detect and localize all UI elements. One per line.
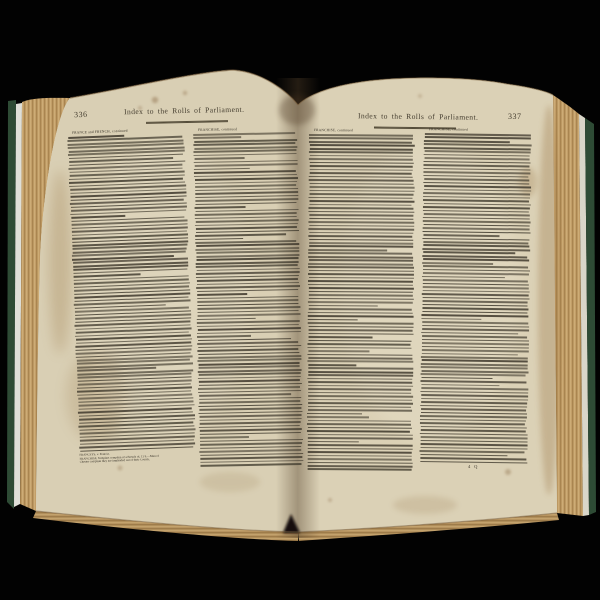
text-line: [197, 289, 298, 293]
text-line: [309, 287, 415, 289]
text-line: [309, 228, 415, 230]
text-line: [308, 357, 412, 359]
text-line: [309, 172, 412, 174]
text-line: [310, 148, 413, 150]
text-line: [309, 214, 413, 216]
text-line: [422, 297, 529, 300]
text-line: [421, 373, 526, 376]
text-line: [308, 336, 372, 338]
text-line: [424, 189, 532, 192]
text-line: [195, 238, 243, 241]
text-line: [307, 416, 369, 418]
text-line: [307, 430, 410, 432]
text-line: [308, 347, 411, 349]
text-line: [309, 245, 413, 247]
text-line: [422, 286, 529, 289]
text-line: [308, 322, 414, 324]
text-line: [424, 164, 530, 167]
text-line: [308, 392, 411, 394]
text-line: [308, 434, 414, 436]
text-line: [308, 273, 413, 275]
text-line: [308, 360, 413, 362]
text-line: [424, 154, 530, 157]
text-line: [308, 315, 414, 317]
gutter-top-crease: [279, 95, 315, 125]
text-line: [201, 463, 302, 467]
text-line: [195, 206, 245, 209]
text-line: [422, 314, 529, 317]
text-line: [422, 332, 518, 335]
text-line: [423, 272, 530, 275]
text-line: [424, 203, 531, 206]
text-line: [421, 370, 528, 373]
text-line: [424, 185, 531, 188]
text-line: [309, 137, 413, 139]
text-line: [195, 202, 297, 206]
text-line: [422, 342, 528, 345]
text-line: [423, 265, 528, 268]
text-line: [308, 385, 413, 387]
text-line: [420, 391, 528, 394]
text-line: [420, 454, 507, 457]
text-line: [308, 427, 412, 429]
text-line: [308, 252, 412, 254]
text-line: [422, 248, 530, 251]
text-line: [424, 178, 529, 181]
text-line: [424, 224, 530, 227]
text-line: [309, 207, 413, 209]
running-head-right: Index to the Rolls of Parliament.: [358, 111, 478, 121]
text-line: [308, 441, 358, 443]
text-line: [194, 168, 250, 171]
text-line: [422, 328, 530, 331]
text-line: [423, 217, 530, 220]
text-line: [423, 196, 530, 199]
text-line: [194, 163, 297, 167]
text-line: [420, 433, 528, 436]
text-line: [309, 193, 413, 195]
text-line: [420, 419, 525, 422]
text-line: [421, 412, 527, 415]
text-line: [424, 136, 530, 139]
text-line: [308, 381, 412, 383]
text-line: [309, 183, 414, 185]
text-line: [420, 447, 527, 450]
page-number-left: 336: [74, 110, 88, 119]
text-line: [420, 422, 525, 425]
text-line: [308, 395, 414, 397]
text-line: [422, 262, 493, 265]
page-number-right: 337: [508, 112, 522, 121]
text-line: [422, 279, 527, 282]
text-line: [308, 399, 413, 401]
text-line: [309, 165, 413, 167]
text-line: [308, 371, 413, 373]
text-line: [424, 140, 509, 143]
text-line: [421, 429, 526, 432]
text-line: [309, 218, 414, 220]
text-line: [308, 409, 412, 411]
text-line: [308, 468, 412, 470]
text-line: [420, 450, 525, 453]
text-line: [422, 346, 528, 349]
text-line: [309, 197, 413, 199]
text-line: [308, 294, 413, 296]
text-line: [308, 448, 413, 450]
column-heading: FRANCHISE, continued: [314, 128, 415, 133]
text-line: [309, 225, 414, 227]
text-line: [309, 298, 415, 300]
text-line: [422, 276, 505, 279]
text-line: [421, 377, 492, 380]
text-line: [197, 313, 300, 317]
text-line: [309, 200, 415, 202]
text-line: [420, 440, 528, 443]
text-line: [310, 186, 415, 188]
text-line: [424, 143, 532, 146]
text-line: [420, 415, 527, 418]
text-line: [308, 444, 413, 446]
text-line: [308, 319, 358, 321]
text-line: [309, 211, 415, 213]
text-line: [421, 398, 529, 401]
text-line: [308, 312, 413, 314]
text-line: [424, 147, 531, 150]
text-line: [423, 283, 529, 286]
text-line: [309, 291, 413, 293]
text-line: [424, 133, 530, 136]
text-line: [422, 359, 528, 362]
text-line: [309, 190, 415, 192]
text-line: [423, 241, 528, 244]
text-line: [308, 437, 413, 439]
text-line: [309, 259, 414, 261]
text-line: [423, 269, 531, 272]
text-line: [422, 321, 528, 324]
text-line: [423, 192, 530, 195]
text-line: [422, 300, 528, 303]
text-line: [421, 384, 500, 387]
text-line: [308, 374, 414, 376]
text-line: [421, 387, 529, 390]
text-line: [421, 401, 527, 404]
text-line: [307, 423, 411, 425]
text-line: [423, 290, 530, 293]
text-line: [421, 436, 528, 439]
text-line: [307, 465, 412, 467]
text-line: [422, 304, 528, 307]
text-line: [309, 158, 413, 160]
text-line: [308, 256, 413, 258]
book-photo: Index to the Rolls of Parliament. 336 In…: [0, 0, 600, 600]
text-line: [308, 451, 412, 453]
text-line: [308, 406, 411, 408]
text-line: [422, 335, 527, 338]
text-line: [423, 227, 530, 230]
text-line: [307, 378, 412, 380]
text-line: [307, 413, 362, 415]
text-line: [423, 175, 528, 178]
text-line: [421, 366, 527, 369]
text-line: [423, 220, 531, 223]
text-line: [308, 326, 414, 328]
text-line: [309, 232, 414, 234]
text-line: [197, 317, 255, 320]
text-line: [308, 280, 413, 282]
text-line: [423, 238, 529, 241]
text-line: [197, 335, 251, 338]
text-line: [310, 169, 413, 171]
text-line: [308, 301, 413, 303]
text-line: [197, 293, 247, 296]
text-line: [308, 284, 413, 286]
text-line: [422, 352, 519, 355]
text-line: [309, 239, 413, 241]
text-line: [308, 343, 411, 345]
text-line: [420, 405, 527, 408]
text-line: [423, 213, 530, 216]
text-line: [309, 179, 414, 181]
text-line: [310, 162, 414, 164]
text-line: [194, 137, 241, 139]
text-line: [308, 340, 412, 342]
text-line: [309, 270, 414, 272]
text-line: [422, 339, 530, 342]
text-line: [308, 455, 412, 457]
text-line: [422, 349, 529, 352]
text-line: [195, 233, 286, 236]
text-line: [309, 305, 378, 307]
column-heading: FRANCHISE, continued: [429, 127, 532, 133]
text-line: [309, 155, 412, 157]
text-line: [423, 199, 529, 202]
text-line: [423, 251, 515, 254]
page-337-column-1: FRANCHISE, continued: [307, 128, 415, 475]
text-line: [422, 293, 529, 296]
text-line: [309, 141, 412, 143]
text-line: [308, 420, 412, 422]
page-337-column-2: FRANCHISE, continued: [419, 127, 532, 468]
text-line: [421, 356, 528, 359]
text-line: [309, 350, 370, 352]
text-line: [200, 432, 301, 436]
text-line: [195, 157, 245, 160]
signature-mark: 4 Q: [468, 464, 479, 469]
text-line: [193, 132, 295, 136]
text-line: [424, 150, 531, 153]
text-line: [308, 235, 412, 237]
text-line: [309, 151, 413, 153]
text-line: [309, 277, 415, 279]
text-line: [423, 231, 531, 234]
text-line: [424, 168, 531, 171]
text-line: [424, 161, 530, 164]
text-line: [420, 457, 527, 460]
text-line: [421, 408, 527, 411]
text-line: [421, 394, 528, 397]
text-line: [197, 331, 301, 335]
text-line: [308, 388, 411, 390]
text-line: [309, 242, 414, 244]
text-line: [424, 157, 529, 160]
text-line: [309, 333, 414, 335]
text-line: [422, 325, 529, 328]
text-line: [423, 182, 529, 185]
text-line: [308, 249, 386, 251]
text-line: [308, 329, 412, 331]
text-line: [423, 244, 529, 247]
text-line: [422, 311, 527, 314]
text-line: [422, 318, 482, 320]
page-336-column-2: FRANCHISE, continued: [193, 126, 304, 472]
text-line: [308, 364, 356, 366]
text-line: [421, 426, 527, 429]
text-line: [421, 363, 528, 366]
text-line: [308, 266, 414, 268]
text-line: [423, 206, 530, 209]
text-line: [307, 458, 411, 460]
text-line: [194, 153, 296, 157]
text-line: [423, 210, 529, 213]
text-line: [308, 263, 413, 265]
text-line: [420, 443, 528, 446]
text-line: [309, 204, 412, 206]
text-line: [423, 234, 499, 237]
text-line: [421, 380, 527, 383]
text-line: [308, 367, 414, 369]
text-line: [422, 307, 528, 310]
text-line: [309, 308, 413, 310]
page-336-column-1: FRANCE and FRENCH, continuedFRANCEYS, v.…: [67, 127, 197, 470]
text-line: [308, 462, 414, 464]
text-line: [423, 171, 530, 174]
text-line: [308, 353, 413, 355]
text-line: [308, 402, 413, 404]
text-line: [422, 255, 527, 258]
text-line: [308, 221, 414, 223]
text-line: [309, 144, 414, 146]
text-line: [309, 134, 412, 136]
text-line: [423, 258, 529, 261]
text-line: [309, 176, 412, 178]
text-line: [199, 436, 249, 439]
